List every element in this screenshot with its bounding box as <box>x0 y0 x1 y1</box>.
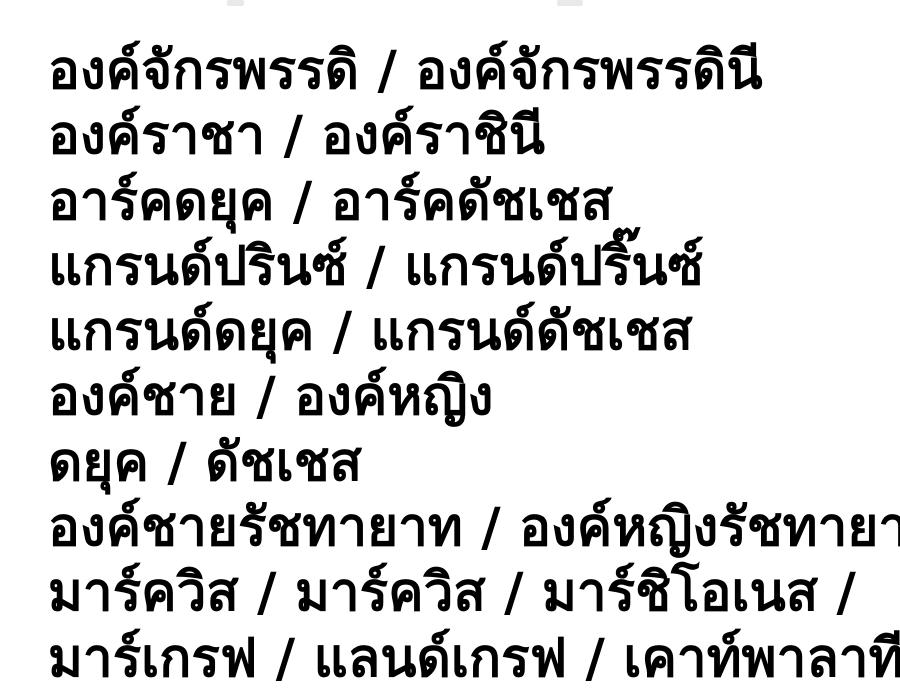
list-line-crown-prince-princess: องค์ชายรัชทายาท / องค์หญิงรัชทายาท <box>48 495 900 560</box>
list-line-marquis-marchioness: มาร์ควิส / มาร์ควิส / มาร์ชิโอเนส / <box>48 560 900 625</box>
cropped-text-fragment-left <box>227 0 244 6</box>
list-line-duke-duchess: ดยุค / ดัชเชส <box>48 430 900 495</box>
list-line-emperor-empress: องค์จักรพรรดิ / องค์จักรพรรดินี <box>48 38 900 103</box>
list-line-king-queen: องค์ราชา / องค์ราชินี <box>48 103 900 168</box>
list-line-grand-duke-duchess: แกรนด์ดยุค / แกรนด์ดัชเชส <box>48 299 900 364</box>
list-line-archduke-archduchess: อาร์คดยุค / อาร์คดัชเชส <box>48 169 900 234</box>
list-line-margrave-landgrave: มาร์เกรฟ / แลนด์เกรฟ / เคาท์พาลาทีน <box>48 626 900 691</box>
document-page: องค์จักรพรรดิ / องค์จักรพรรดินี องค์ราชา… <box>0 0 900 700</box>
royal-titles-list: องค์จักรพรรดิ / องค์จักรพรรดินี องค์ราชา… <box>48 38 900 691</box>
cropped-text-fragment-right <box>557 0 583 6</box>
list-line-grand-prince-princess: แกรนด์ปรินซ์ / แกรนด์ปริ๊นซ์ <box>48 234 900 299</box>
list-line-prince-princess: องค์ชาย / องค์หญิง <box>48 364 900 429</box>
